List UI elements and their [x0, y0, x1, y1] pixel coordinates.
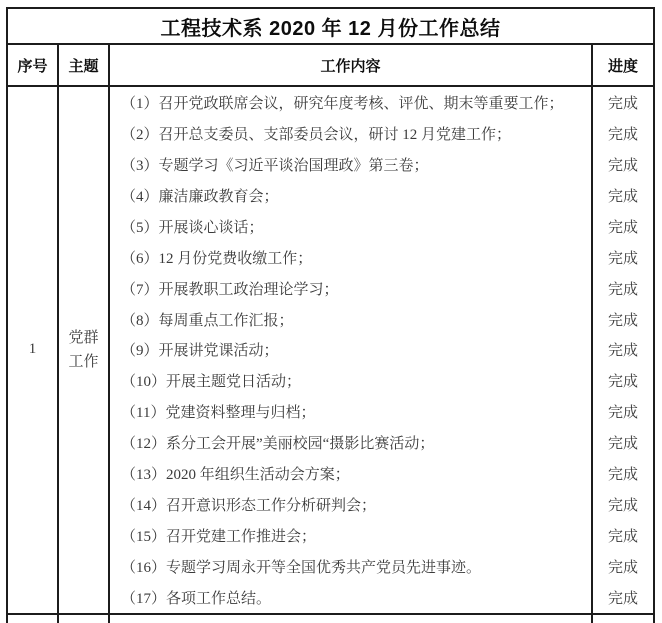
- work-item-row: （6）12 月份党费收缴工作；: [110, 242, 591, 273]
- table-header-row: 序号 主题 工作内容 进度: [8, 45, 653, 87]
- work-item-row: （16）专题学习周永开等全国优秀共产党员先进事迹。: [110, 551, 591, 582]
- work-item-status: 完成: [593, 551, 653, 582]
- theme-cell: 党群 工作: [59, 87, 110, 613]
- next-row-content-cell: [110, 615, 593, 623]
- work-item-row: （8）每周重点工作汇报；: [110, 304, 591, 335]
- table-title: 工程技术系 2020 年 12 月份工作总结: [161, 12, 501, 41]
- work-item-status: 完成: [593, 211, 653, 242]
- work-item-row: （17）各项工作总结。: [110, 582, 591, 613]
- work-item-row: （14）召开意识形态工作分析研判会；: [110, 489, 591, 520]
- work-item-text: （6）12 月份党费收缴工作；: [110, 247, 312, 268]
- work-item-row: （9）开展讲党课活动；: [110, 335, 591, 366]
- work-item-status: 完成: [593, 273, 653, 304]
- work-item-text: （3）专题学习《习近平谈治国理政》第三卷；: [110, 154, 429, 175]
- next-row-partial: [8, 613, 653, 623]
- work-item-row: （4）廉洁廉政教育会；: [110, 180, 591, 211]
- header-seq: 序号: [8, 45, 59, 85]
- work-item-text: （1）召开党政联席会议，研究年度考核、评优、期末等重要工作；: [110, 92, 564, 113]
- work-item-status: 完成: [593, 520, 653, 551]
- work-item-status: 完成: [593, 396, 653, 427]
- work-item-text: （16）专题学习周永开等全国优秀共产党员先进事迹。: [110, 556, 481, 577]
- work-item-text: （7）开展教职工政治理论学习；: [110, 278, 339, 299]
- work-item-row: （12）系分工会开展”美丽校园“摄影比赛活动；: [110, 427, 591, 458]
- work-item-text: （12）系分工会开展”美丽校园“摄影比赛活动；: [110, 432, 434, 453]
- work-item-status: 完成: [593, 87, 653, 118]
- work-item-status: 完成: [593, 149, 653, 180]
- work-item-status: 完成: [593, 458, 653, 489]
- table-body-row: 1 党群 工作 （1）召开党政联席会议，研究年度考核、评优、期末等重要工作； （…: [8, 87, 653, 613]
- work-item-status: 完成: [593, 118, 653, 149]
- work-summary-table: 工程技术系 2020 年 12 月份工作总结 序号 主题 工作内容 进度 1 党…: [6, 7, 655, 623]
- work-item-row: （3）专题学习《习近平谈治国理政》第三卷；: [110, 149, 591, 180]
- next-row-progress-cell: [593, 615, 653, 623]
- progress-cell: 完成 完成 完成 完成 完成 完成 完成 完成 完成 完成 完成 完成 完成 完…: [593, 87, 653, 613]
- work-item-row: （11）党建资料整理与归档；: [110, 396, 591, 427]
- document-page: 工程技术系 2020 年 12 月份工作总结 序号 主题 工作内容 进度 1 党…: [0, 0, 662, 623]
- work-item-row: （15）召开党建工作推进会；: [110, 520, 591, 551]
- work-item-status: 完成: [593, 365, 653, 396]
- work-item-row: （10）开展主题党日活动；: [110, 365, 591, 396]
- work-item-row: （13）2020 年组织生活动会方案；: [110, 458, 591, 489]
- work-item-status: 完成: [593, 304, 653, 335]
- work-item-text: （13）2020 年组织生活动会方案；: [110, 463, 350, 484]
- header-progress: 进度: [593, 45, 653, 85]
- work-item-row: （5）开展谈心谈话；: [110, 211, 591, 242]
- next-row-theme-cell: [59, 615, 110, 623]
- next-row-seq-cell: [8, 615, 59, 623]
- header-content: 工作内容: [110, 45, 593, 85]
- work-item-row: （2）召开总支委员、支部委员会议，研讨 12 月党建工作；: [110, 118, 591, 149]
- work-item-text: （9）开展讲党课活动；: [110, 339, 279, 360]
- work-item-text: （11）党建资料整理与归档；: [110, 401, 315, 422]
- work-item-row: （7）开展教职工政治理论学习；: [110, 273, 591, 304]
- work-item-text: （15）召开党建工作推进会；: [110, 525, 316, 546]
- work-item-text: （2）召开总支委员、支部委员会议，研讨 12 月党建工作；: [110, 123, 511, 144]
- work-item-text: （17）各项工作总结。: [110, 587, 271, 608]
- work-item-status: 完成: [593, 489, 653, 520]
- table-title-row: 工程技术系 2020 年 12 月份工作总结: [8, 9, 653, 45]
- work-content-cell: （1）召开党政联席会议，研究年度考核、评优、期末等重要工作； （2）召开总支委员…: [110, 87, 593, 613]
- seq-cell: 1: [8, 87, 59, 613]
- work-item-text: （10）开展主题党日活动；: [110, 370, 301, 391]
- work-item-status: 完成: [593, 242, 653, 273]
- work-item-text: （4）廉洁廉政教育会；: [110, 185, 279, 206]
- header-theme: 主题: [59, 45, 110, 85]
- work-item-status: 完成: [593, 582, 653, 613]
- work-item-status: 完成: [593, 180, 653, 211]
- work-item-text: （14）召开意识形态工作分析研判会；: [110, 494, 376, 515]
- work-item-text: （8）每周重点工作汇报；: [110, 309, 294, 330]
- work-item-status: 完成: [593, 427, 653, 458]
- work-item-row: （1）召开党政联席会议，研究年度考核、评优、期末等重要工作；: [110, 87, 591, 118]
- work-item-status: 完成: [593, 335, 653, 366]
- work-item-text: （5）开展谈心谈话；: [110, 216, 264, 237]
